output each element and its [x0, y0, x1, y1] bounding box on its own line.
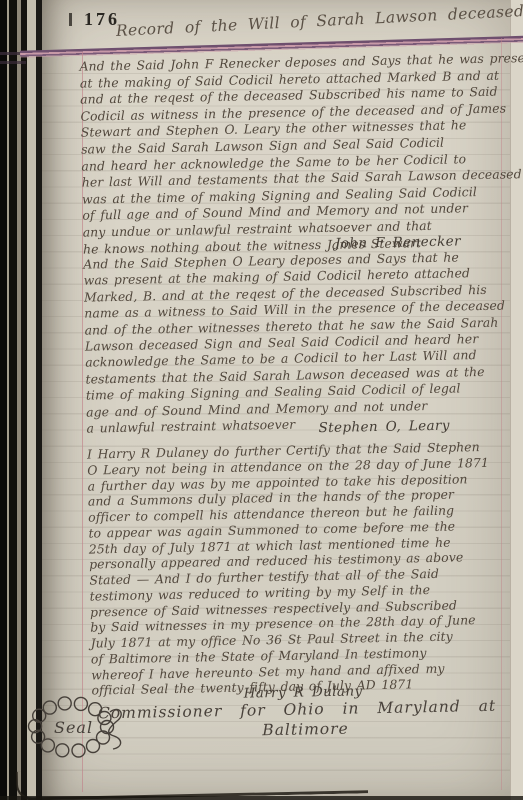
partial-digit-mark — [69, 13, 72, 26]
book-binding-edge — [0, 0, 42, 800]
seal-flourish: Seal — [24, 694, 130, 768]
signature-stephen-o-leary: Stephen O, Leary — [318, 418, 450, 437]
underpage-rule-mark — [0, 61, 26, 64]
deposition-paragraph-renecker: And the Said John F Renecker deposes and… — [79, 50, 523, 258]
certification-paragraph-dulaney: I Harry R Dulaney do further Certify tha… — [87, 439, 493, 699]
seal-label: Seal — [54, 718, 93, 737]
handwritten-body: And the Said John F Renecker deposes and… — [78, 0, 523, 800]
bottom-shadow — [0, 796, 523, 800]
scanned-will-record-page: 176 Record of the Will of Sarah Lawson d… — [0, 0, 523, 800]
commissioner-title-line: Commissioner for Ohio in Maryland at — [98, 697, 496, 723]
deposition-paragraph-leary: And the Said Stephen O Leary deposes and… — [83, 249, 507, 438]
commissioner-city-line: Baltimore — [262, 720, 349, 740]
